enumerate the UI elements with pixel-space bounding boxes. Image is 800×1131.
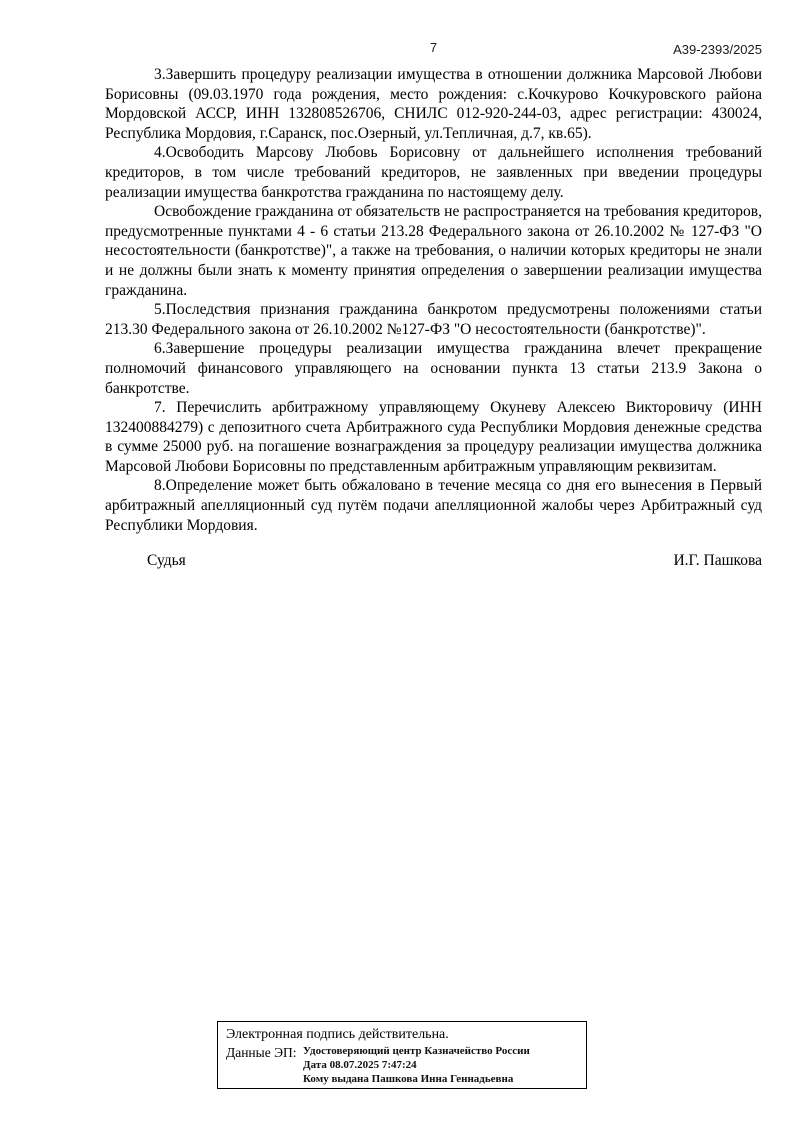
paragraph-item-7: 7. Перечислить арбитражному управляющему… xyxy=(105,398,762,476)
case-number: А39-2393/2025 xyxy=(673,42,762,57)
paragraph-item-6: 6.Завершение процедуры реализации имущес… xyxy=(105,339,762,398)
document-body: 3.Завершить процедуру реализации имущест… xyxy=(105,65,762,571)
signature-row: Судья И.Г. Пашкова xyxy=(105,551,762,571)
paragraph-item-4: 4.Освободить Марсову Любовь Борисовну от… xyxy=(105,143,762,202)
document-page: 7 А39-2393/2025 3.Завершить процедуру ре… xyxy=(0,0,800,1131)
stamp-issued-to: Кому выдана Пашкова Инна Геннадьевна xyxy=(303,1073,530,1087)
stamp-validity-text: Электронная подпись действительна. xyxy=(226,1026,580,1044)
stamp-certificate-authority: Удостоверяющий центр Казначейство России xyxy=(303,1045,530,1059)
paragraph-liberation-clause: Освобождение гражданина от обязательств … xyxy=(105,202,762,300)
paragraph-item-5: 5.Последствия признания гражданина банкр… xyxy=(105,300,762,339)
stamp-date: Дата 08.07.2025 7:47:24 xyxy=(303,1059,530,1073)
stamp-details: Удостоверяющий центр Казначейство России… xyxy=(303,1045,530,1086)
page-number: 7 xyxy=(105,40,762,55)
paragraph-item-8: 8.Определение может быть обжаловано в те… xyxy=(105,476,762,535)
electronic-signature-stamp: Электронная подпись действительна. Данны… xyxy=(217,1021,587,1089)
judge-role-label: Судья xyxy=(105,551,186,571)
stamp-data-label: Данные ЭП: xyxy=(226,1045,303,1060)
stamp-data-row: Данные ЭП: Удостоверяющий центр Казначей… xyxy=(226,1045,580,1086)
judge-name: И.Г. Пашкова xyxy=(673,551,762,571)
page-header: 7 А39-2393/2025 xyxy=(105,40,762,58)
paragraph-item-3: 3.Завершить процедуру реализации имущест… xyxy=(105,65,762,143)
